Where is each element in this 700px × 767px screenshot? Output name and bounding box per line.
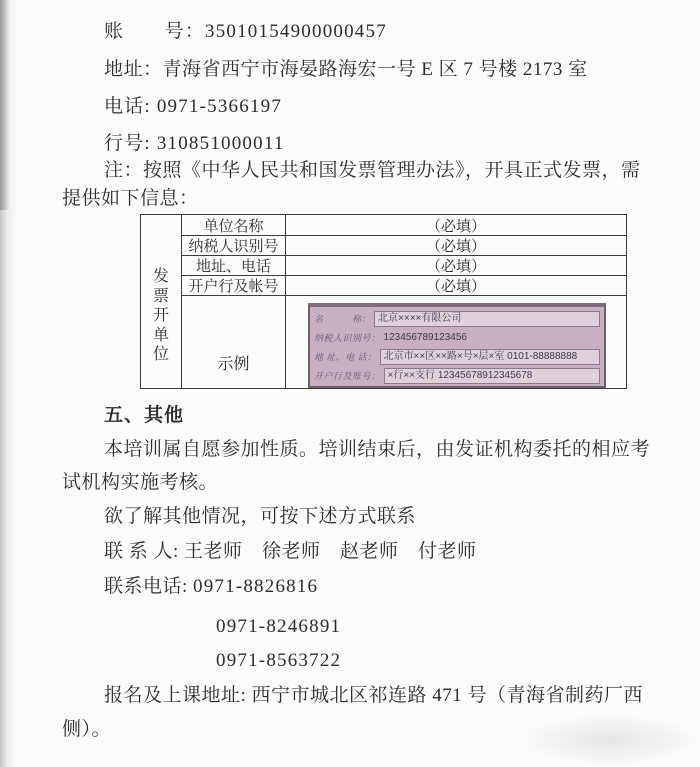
example-bank-value: ×行××支行 12345678912345678	[384, 368, 600, 384]
table-row-label: 开户行及帐号	[181, 275, 285, 295]
example-taxid-value: 123456789123456	[384, 332, 467, 343]
enrollment-address-line-1: 报名及上课地址: 西宁市城北区祁连路 471 号（青海省制药厂西	[104, 684, 643, 708]
example-address-label: 地 址、电 话：	[314, 350, 377, 363]
vertical-header-text: 发票开单位	[152, 267, 171, 365]
contact-phone-label: 联系电话:	[104, 576, 193, 597]
table-vertical-header-cell: 发票开单位	[141, 215, 181, 388]
contact-phone-1: 0971-8826816	[193, 576, 318, 597]
contact-intro-line: 欲了解其他情况，可按下述方式联系	[104, 505, 416, 529]
scan-smudge	[520, 715, 700, 765]
table-row-label: 纳税人识别号	[181, 235, 285, 255]
example-name-label: 名 称：	[314, 312, 371, 325]
training-paragraph-line-2: 试机构实施考核。	[62, 471, 218, 495]
note-line-1: 注：按照《中华人民共和国发票管理办法》，开具正式发票，需	[104, 159, 641, 183]
scanned-document-page: 账 号：35010154900000457 地址：青海省西宁市海晏路海宏一号 E…	[0, 0, 700, 767]
example-address-value: 北京市××区××路×号×层×室 0101-88888888	[380, 349, 600, 365]
table-row-label: 地址、电话	[181, 255, 285, 275]
table-row-value: （必填）	[285, 235, 626, 255]
example-invoice-scan-image: 名 称： 北京××××有限公司 纳税人识别号： 123456789123456 …	[308, 303, 606, 388]
example-name-row: 名 称： 北京××××有限公司	[314, 309, 600, 328]
example-name-value: 北京××××有限公司	[374, 311, 600, 327]
account-number-line: 账 号：35010154900000457	[104, 20, 387, 44]
example-cell: 名 称： 北京××××有限公司 纳税人识别号： 123456789123456 …	[285, 295, 626, 388]
example-bank-label: 开户行及账号：	[314, 369, 381, 382]
example-label-cell: 示例	[181, 295, 285, 388]
example-bank-row: 开户行及账号： ×行××支行 12345678912345678	[314, 366, 600, 385]
table-row-value: （必填）	[285, 215, 626, 235]
scan-edge-dark-patch	[0, 0, 10, 210]
table-row-value: （必填）	[285, 255, 626, 275]
bank-branch-number-line: 行号: 310851000011	[104, 132, 285, 156]
company-address-line: 地址：青海省西宁市海晏路海宏一号 E 区 7 号楼 2173 室	[104, 58, 588, 82]
training-paragraph-line-1: 本培训属自愿参加性质。培训结束后，由发证机构委托的相应考	[104, 438, 650, 462]
enrollment-address-line-2: 侧）。	[62, 718, 111, 742]
contact-persons-line: 联 系 人: 王老师 徐老师 赵老师 付老师	[104, 540, 477, 564]
table-row-label: 单位名称	[181, 215, 285, 235]
example-taxid-row: 纳税人识别号： 123456789123456	[314, 328, 600, 347]
contact-phone-line: 联系电话: 0971-8826816	[104, 575, 318, 599]
note-line-2: 提供如下信息：	[62, 187, 199, 211]
phone-line: 电话: 0971-5366197	[104, 95, 282, 119]
example-taxid-label: 纳税人识别号：	[314, 331, 381, 344]
contact-phone-2: 0971-8246891	[216, 615, 341, 639]
section-heading: 五、其他	[104, 404, 184, 428]
invoice-info-table: 发票开单位 单位名称 （必填） 纳税人识别号 （必填） 地址、电话 （必填） 开…	[140, 214, 627, 389]
contact-phone-3: 0971-8563722	[216, 649, 341, 673]
table-row-value: （必填）	[285, 275, 626, 295]
example-address-row: 地 址、电 话： 北京市××区××路×号×层×室 0101-88888888	[314, 347, 600, 366]
